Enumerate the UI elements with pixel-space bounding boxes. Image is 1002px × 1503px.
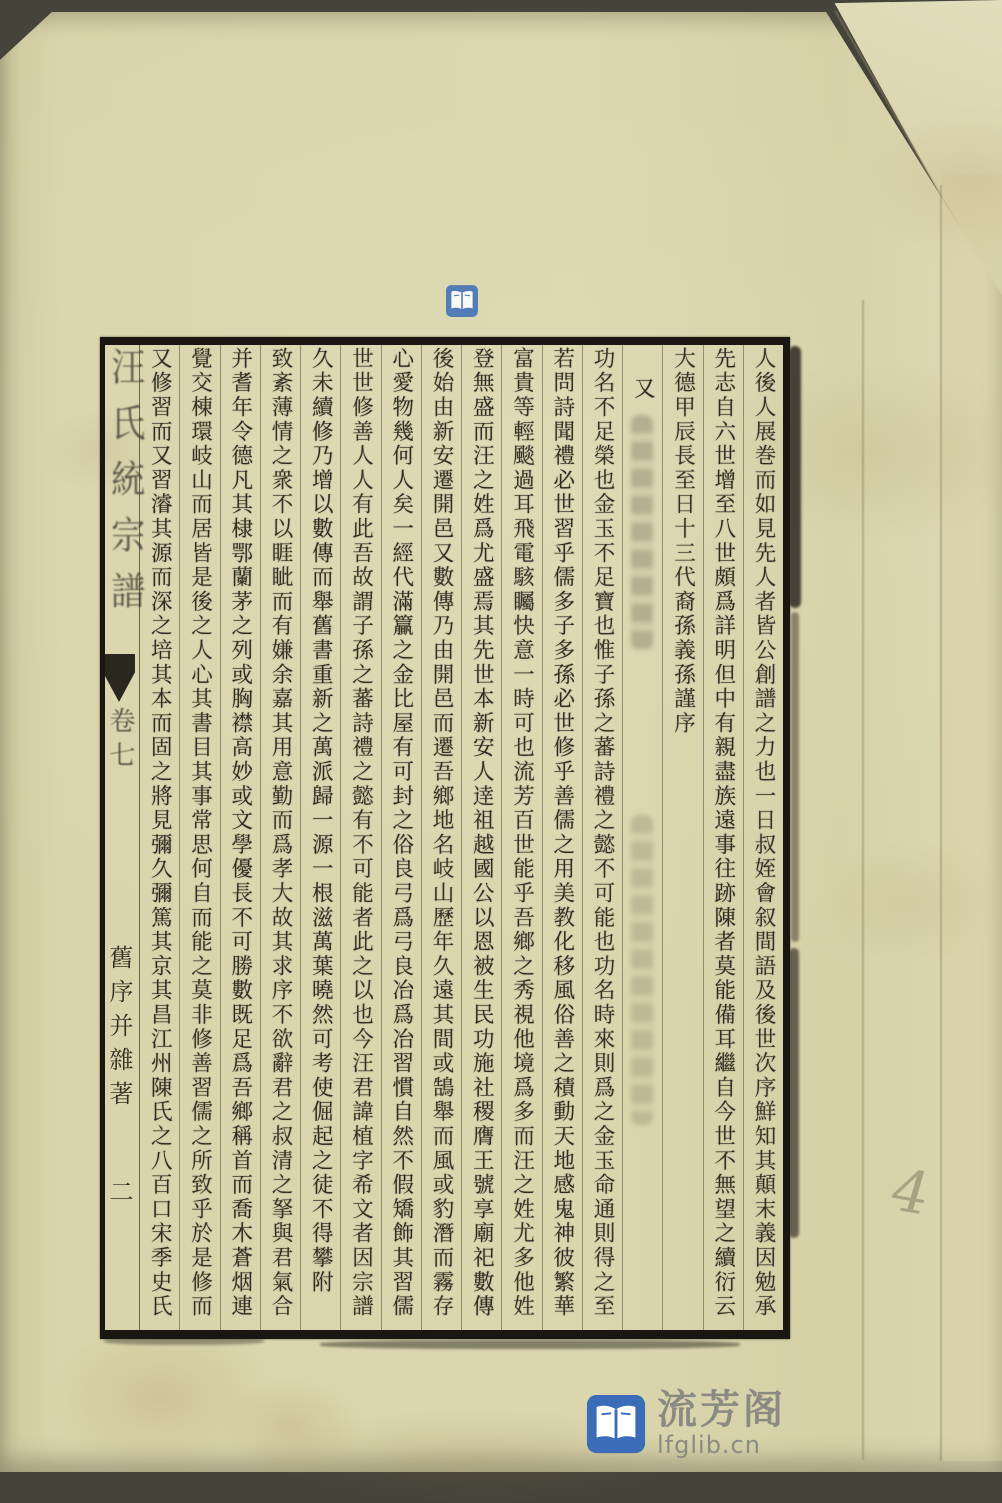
text-column: 富貴等輕颷過耳飛電駭矚快意一時可也流芳百世能乎吾鄉之秀視他境爲多而汪之姓尤多他姓 <box>501 345 541 1330</box>
text-column: 功名不足榮也金玉不足寶也惟子孫之蕃詩禮之懿不可能也功名時來則爲之金玉命通則得之至 <box>582 345 622 1330</box>
watermark-text: 流芳阁 lfglib.cn <box>657 1390 786 1457</box>
text-column: 後始由新安遷開邑又數傳乃由開邑而遷吾鄉地名岐山歷年久遠其間或鵠舉而風或豹潛而霧存 <box>421 345 461 1330</box>
page-number: 二 <box>107 1179 137 1203</box>
banxin-strip: 汪氏統宗譜 卷七 舊序并雜著 二 <box>105 345 140 1330</box>
scanned-book-page: 汪氏統宗譜 卷七 舊序并雜著 二 人後人展巻而如見先人者皆公創譜之力也一日叔姪會… <box>0 0 1002 1503</box>
text-column-text: 又 <box>630 377 655 401</box>
site-watermark: 流芳阁 lfglib.cn <box>585 1390 786 1457</box>
ink-smudge <box>320 1340 740 1349</box>
text-column: 若問詩聞禮必世習乎儒多子多孫必世修乎善儒之用美教化移風俗善之積動天地感鬼神彼繁華 <box>542 345 582 1330</box>
blue-book-stamp-icon <box>445 283 479 319</box>
text-column: 又修習而又習濬其源而深之培其本而固之將見彌久彌篤其京其昌江州陳氏之八百口宋季史氏 <box>139 345 179 1330</box>
fore-edge-strip <box>942 175 1002 1461</box>
text-column: 世世修善人人有此吾故謂子孫之蕃詩禮之懿有不可能者此之以也今汪君諱植字希文者因宗譜 <box>340 345 380 1330</box>
volume-label: 卷七 <box>105 707 139 775</box>
watermark-site-url: lfglib.cn <box>657 1433 786 1457</box>
book-logo-icon <box>585 1393 647 1455</box>
text-column: 覺交棟環岐山而居皆是後之人心其書目其事常思何自而能之莫非修善習儒之所致乎於是修而 <box>179 345 219 1330</box>
page-edge-line <box>862 300 864 1460</box>
text-column: 并耆年令德凡其棣鄂蘭茅之列或胸襟高妙或文學優長不可勝數既足爲吾鄉稱首而喬木蒼烟連 <box>220 345 260 1330</box>
text-column: 大德甲辰長至日十三代裔孫義孫謹序 <box>662 345 702 1330</box>
ink-bleedthrough <box>631 815 653 1125</box>
text-column: 心愛物幾何人矣一經代滿籯之金比屋有可封之俗良弓爲弓良冶爲冶習慣自然不假矯飾其習儒 <box>381 345 421 1330</box>
text-column: 久未續修乃增以數傳而舉舊書重新之萬派歸一源一根滋萬葉曉然可考使倔起之徒不得攀附 <box>300 345 340 1330</box>
ink-bleedthrough <box>631 415 653 650</box>
text-column: 登無盛而汪之姓爲尤盛焉其先世本新安人逹祖越國公以恩被生民功施社稷膺王號享廟祀數傳 <box>461 345 501 1330</box>
text-frame: 汪氏統宗譜 卷七 舊序并雜著 二 人後人展巻而如見先人者皆公創譜之力也一日叔姪會… <box>100 337 790 1339</box>
ink-smudge <box>789 948 799 1238</box>
text-column: 又 <box>622 345 662 1330</box>
ink-smudge <box>789 346 801 608</box>
text-columns: 人後人展巻而如見先人者皆公創譜之力也一日叔姪會叙間語及後世次序鮮知其顛末義因勉承… <box>139 345 783 1330</box>
text-column: 先志自六世增至八世頗爲詳明但中有親盡族遠事往跡陳者莫能備耳繼自今世不無望之續衍云 <box>703 345 743 1330</box>
ink-smudge <box>791 612 799 942</box>
section-label: 舊序并雜著 <box>107 945 137 1115</box>
watermark-site-name: 流芳阁 <box>657 1390 786 1430</box>
ink-smudge <box>104 1337 264 1345</box>
text-column: 人後人展巻而如見先人者皆公創譜之力也一日叔姪會叙間語及後世次序鮮知其顛末義因勉承 <box>743 345 783 1330</box>
fishtail-printers-mark-icon <box>103 654 135 702</box>
text-column: 致紊薄情之衆不以睚眦而有嫌余嘉其用意勤而爲孝大故其求序不欲辭君之叔清之拏與君氣合 <box>260 345 300 1330</box>
